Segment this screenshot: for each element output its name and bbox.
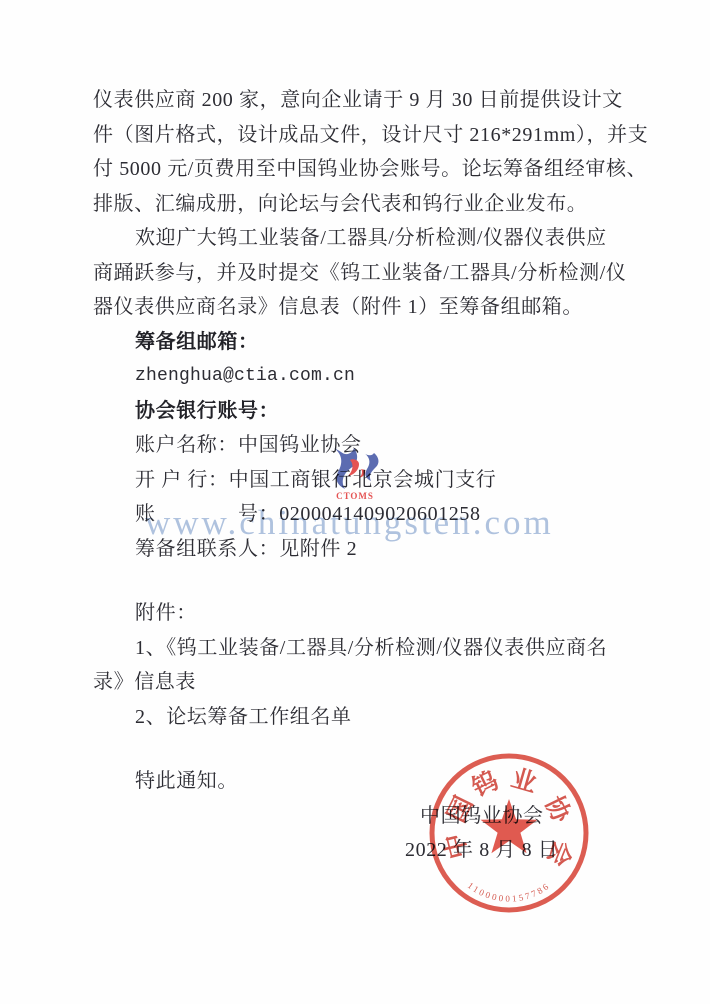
svg-text:会: 会: [541, 836, 577, 870]
body-line: 件（图片格式，设计成品文件，设计尺寸 216*291mm），并支: [93, 118, 710, 153]
body-line: 附件：: [93, 596, 710, 631]
body-line: 仪表供应商 200 家，意向企业请于 9 月 30 日前提供设计文: [93, 83, 710, 118]
body-line: 付 5000 元/页费用至中国钨业协会账号。论坛筹备组经审核、: [93, 152, 710, 187]
body-line: 账户名称：中国钨业协会: [93, 428, 710, 463]
svg-text:协: 协: [539, 792, 576, 828]
ctoms-logo-icon: CTOMS: [321, 446, 385, 508]
scanned-notice-page: 仪表供应商 200 家，意向企业请于 9 月 30 日前提供设计文件（图片格式，…: [0, 0, 710, 1004]
body-line: [93, 734, 710, 764]
svg-text:国: 国: [442, 792, 478, 827]
seal-star-icon: [481, 799, 538, 853]
body-line: [93, 566, 710, 596]
body-line: 1、《钨工业装备/工器具/分析检测/仪器仪表供应商名: [93, 631, 710, 666]
signature-date: 2022 年 8 月 8 日: [93, 833, 710, 868]
svg-text:钨: 钨: [467, 766, 503, 803]
body-line: 协会银行账号：: [93, 394, 710, 429]
body-line: 2、论坛筹备工作组名单: [93, 700, 710, 735]
org-seal: 中国钨业协会 1100000157786: [424, 749, 596, 921]
ctoms-logo-caption: CTOMS: [336, 491, 374, 501]
body-line: 欢迎广大钨工业装备/工器具/分析检测/仪器仪表供应: [93, 221, 710, 256]
seal-serial: 1100000157786: [466, 880, 553, 903]
body-line: 录》信息表: [93, 665, 710, 700]
body-line: 商踊跃参与，并及时提交《钨工业装备/工器具/分析检测/仪: [93, 256, 710, 291]
body-line: 器仪表供应商名录》信息表（附件 1）至筹备组邮箱。: [93, 290, 710, 325]
document-lines: 仪表供应商 200 家，意向企业请于 9 月 30 日前提供设计文件（图片格式，…: [0, 0, 710, 868]
svg-text:业: 业: [508, 764, 540, 798]
watermark-url: www.chinatungsten.com: [145, 504, 554, 542]
body-line: 筹备组邮箱：: [93, 325, 710, 360]
svg-text:中: 中: [440, 831, 473, 862]
signature-org: 中国钨业协会: [93, 799, 710, 834]
body-line: 排版、汇编成册，向论坛与会代表和钨行业企业发布。: [93, 187, 710, 222]
body-line: 特此通知。: [93, 764, 710, 799]
body-line: zhenghua@ctia.com.cn: [93, 359, 710, 394]
body-line: 开 户 行：中国工商银行北京会城门支行: [93, 463, 710, 498]
